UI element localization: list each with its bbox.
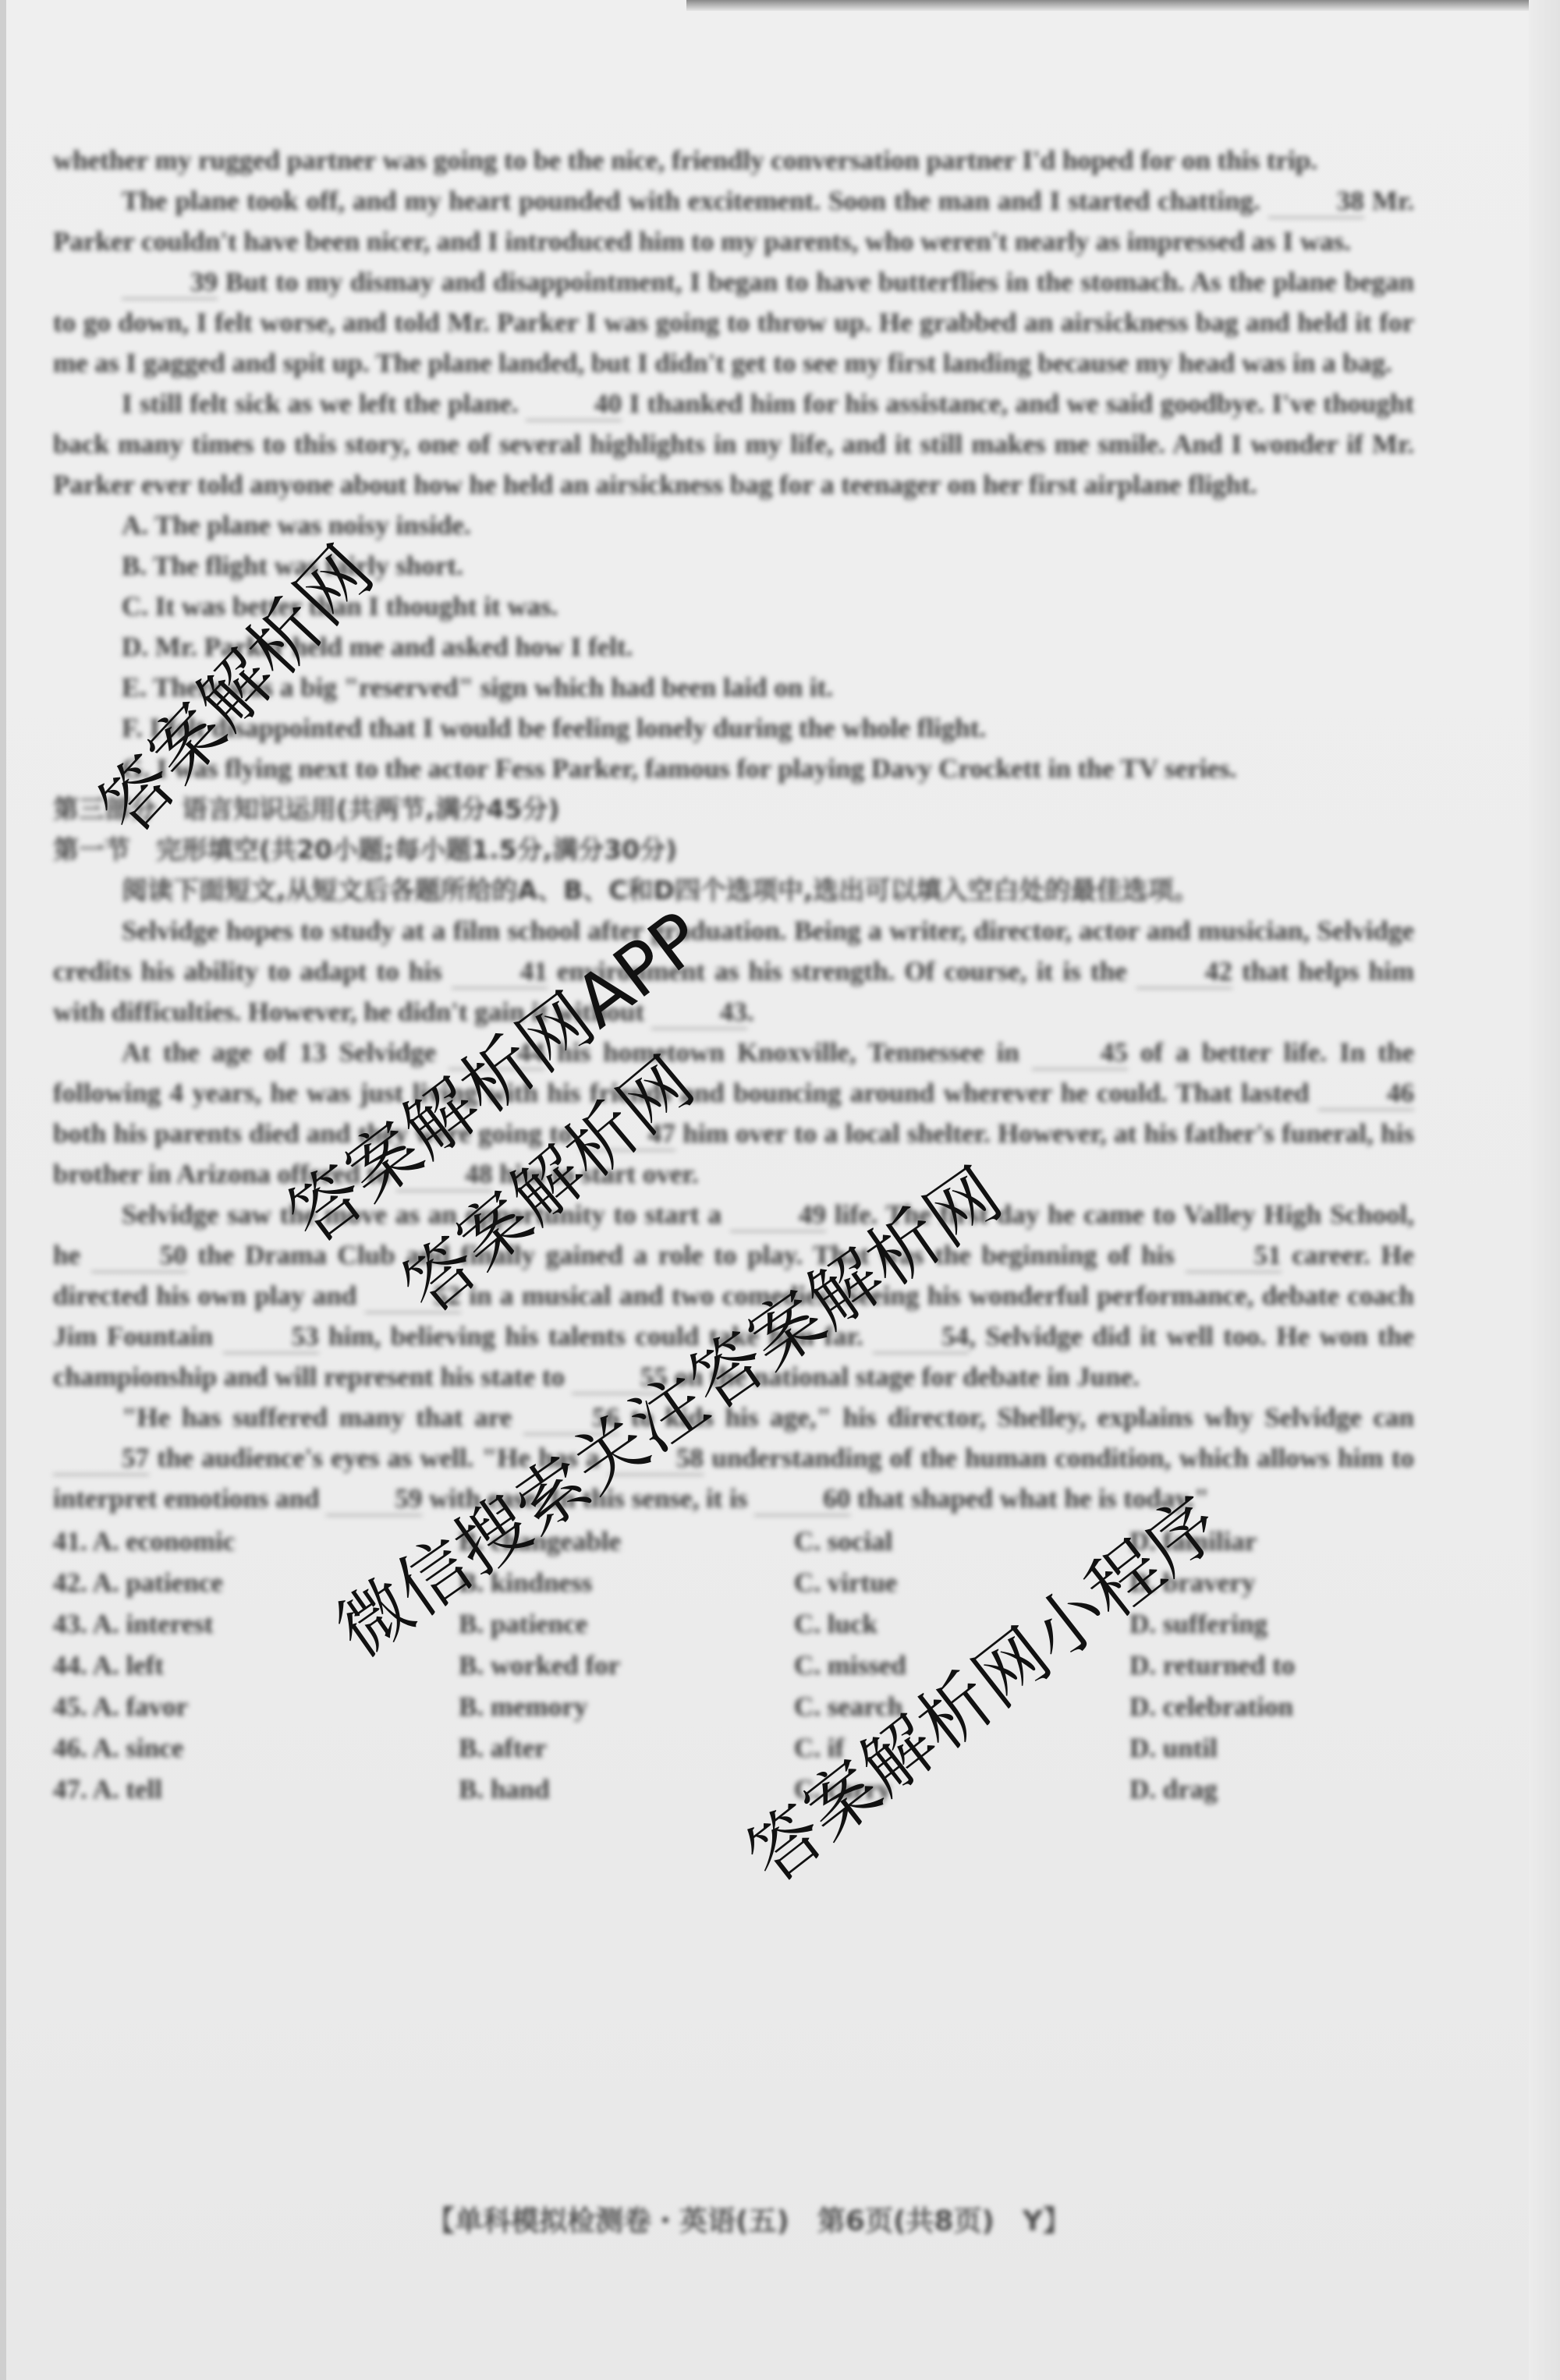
passage-paragraphs: The plane took off, and my heart pounded… [53, 181, 1414, 505]
page-left-edge [0, 0, 6, 2380]
option-a: 45. A. favor [53, 1686, 459, 1727]
part3-heading: 第三部分 语言知识运用(共两节,满分45分) [53, 789, 1414, 830]
passage-paragraph: The plane took off, and my heart pounded… [53, 181, 1414, 262]
scanned-page: whether my rugged partner was going to b… [0, 0, 1560, 2380]
option-a: 46. A. since [53, 1727, 459, 1769]
option-c: C. social [794, 1521, 1129, 1562]
option-line: G. I was flying next to the actor Fess P… [53, 749, 1414, 789]
option-d: D. suffering [1129, 1603, 1414, 1645]
option-b: B. worked for [459, 1645, 794, 1686]
section1-heading: 第一节 完形填空(共20小题;每小题1.5分,满分30分) [53, 830, 1414, 870]
option-d: D. celebration [1129, 1686, 1414, 1727]
cloze-blank: 59 [326, 1483, 422, 1516]
cloze-blank: 60 [754, 1483, 850, 1516]
option-b: B. patience [459, 1603, 794, 1645]
cloze-blank: 45 [1032, 1037, 1128, 1070]
cloze-instruction: 阅读下面短文,从短文后各题所给的A、B、C和D四个选项中,选出可以填入空白处的最… [53, 870, 1414, 911]
option-d: D. drag [1129, 1769, 1414, 1810]
option-d: D. until [1129, 1727, 1414, 1769]
passage-continued-line: whether my rugged partner was going to b… [53, 140, 1414, 181]
option-line: A. The plane was noisy inside. [53, 505, 1414, 546]
cloze-blank: 51 [1186, 1240, 1282, 1273]
option-a: 47. A. tell [53, 1769, 459, 1810]
cloze-blank: 41 [452, 956, 548, 989]
cloze-blank: 46 [1318, 1078, 1414, 1110]
cloze-blank: 42 [1136, 956, 1232, 989]
cloze-blank: 50 [91, 1240, 187, 1273]
cloze-blank: 53 [223, 1321, 319, 1354]
page-footer: 【单科模拟检测卷・英语(五) 第6页(共8页) Y】 [343, 2199, 1154, 2239]
option-d: D. returned to [1129, 1645, 1414, 1686]
cloze-blank: 49 [730, 1199, 826, 1232]
passage-paragraph: I still felt sick as we left the plane. … [53, 384, 1414, 505]
cloze-blank: 39 [122, 267, 218, 299]
page-top-shadow [686, 0, 1560, 11]
option-b: B. memory [459, 1686, 794, 1727]
cloze-blank: 40 [526, 388, 622, 421]
cloze-paragraph: Selvidge hopes to study at a film school… [53, 911, 1414, 1032]
option-b: B. after [459, 1727, 794, 1769]
cloze-passage: Selvidge hopes to study at a film school… [53, 911, 1414, 1519]
cloze-blank: 54 [873, 1321, 969, 1354]
option-line: B. The flight was fairly short. [53, 546, 1414, 586]
cloze-paragraph: At the age of 13 Selvidge 44 his hometow… [53, 1032, 1414, 1195]
cloze-blank: 38 [1268, 186, 1364, 218]
passage-paragraph: 39 But to my dismay and disappointment, … [53, 262, 1414, 384]
page-right-edge [1529, 0, 1560, 2380]
option-b: B. hand [459, 1769, 794, 1810]
cloze-blank: 57 [53, 1443, 149, 1475]
